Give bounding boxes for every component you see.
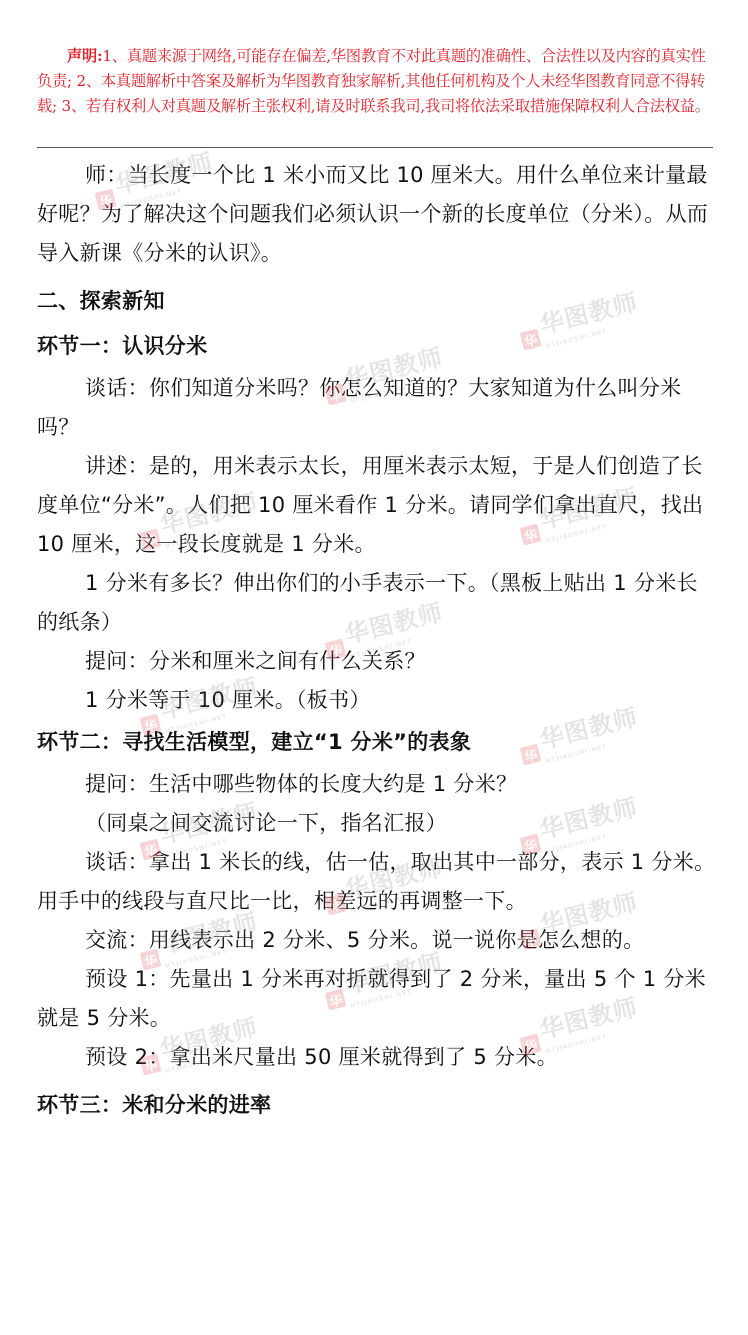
disclaimer-text: 1、真题来源于网络,可能存在偏差,华图教育不对此真题的准确性、合法性以及内容的真… [37,47,710,115]
header-divider [37,147,713,148]
paragraph: 预设 1：先量出 1 分米再对折就得到了 2 分米，量出 5 个 1 分米就是 … [37,960,717,1038]
step-heading-3: 环节三：米和分米的进率 [37,1083,717,1128]
paragraph: 提问：分米和厘米之间有什么关系？ [37,642,717,681]
section-heading: 二、探索新知 [37,279,717,324]
paragraph: 1 分米有多长？伸出你们的小手表示一下。（黑板上贴出 1 分米长的纸条） [37,564,717,642]
paragraph: （同桌之间交流讨论一下，指名汇报） [37,804,717,843]
paragraph: 谈话：你们知道分米吗？你怎么知道的？大家知道为什么叫分米吗？ [37,369,717,447]
document-body: 师：当长度一个比 1 米小而又比 10 厘米大。用什么单位来计量最好呢？为了解决… [37,156,717,1128]
paragraph: 预设 2：拿出米尺量出 50 厘米就得到了 5 分米。 [37,1038,717,1077]
paragraph: 提问：生活中哪些物体的长度大约是 1 分米？ [37,765,717,804]
paragraph: 谈话：拿出 1 米长的线，估一估，取出其中一部分，表示 1 分米。用手中的线段与… [37,843,717,921]
step-heading-2: 环节二：寻找生活模型，建立“1 分米”的表象 [37,720,717,765]
paragraph: 1 分米等于 10 厘米。（板书） [37,681,717,720]
paragraph: 讲述：是的，用米表示太长，用厘米表示太短，于是人们创造了长度单位“分米”。人们把… [37,447,717,564]
step-heading-1: 环节一：认识分米 [37,324,717,369]
intro-paragraph: 师：当长度一个比 1 米小而又比 10 厘米大。用什么单位来计量最好呢？为了解决… [37,156,717,273]
disclaimer: 声明:1、真题来源于网络,可能存在偏差,华图教育不对此真题的准确性、合法性以及内… [37,44,713,119]
disclaimer-lead: 声明: [67,47,102,65]
paragraph: 交流：用线表示出 2 分米、5 分米。说一说你是怎么想的。 [37,921,717,960]
